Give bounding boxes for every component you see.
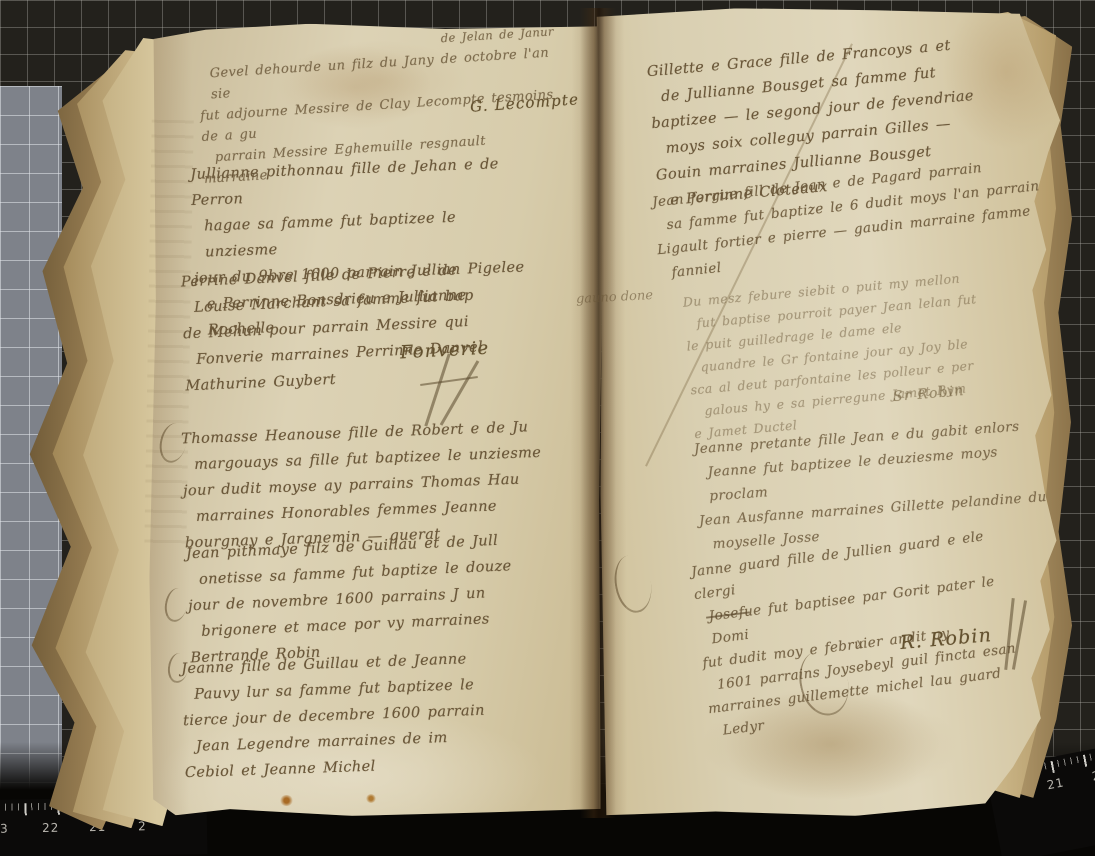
- ruler-number: 22: [1091, 766, 1095, 783]
- stain: [280, 795, 293, 806]
- ruler-number: 3: [0, 822, 9, 836]
- cross-mark: x: [856, 636, 864, 652]
- ruler-number: 22: [42, 821, 60, 835]
- photo-of-open-manuscript: 3 22 21 2 21 22 de Jelan de JanurGevel d…: [0, 0, 1095, 856]
- ruler-number: 21: [1046, 775, 1066, 792]
- baptism-entry: Jeanne fille de Guillau et de JeannePauv…: [181, 644, 541, 786]
- stain: [366, 794, 376, 803]
- book-gutter-shadow: [580, 8, 616, 818]
